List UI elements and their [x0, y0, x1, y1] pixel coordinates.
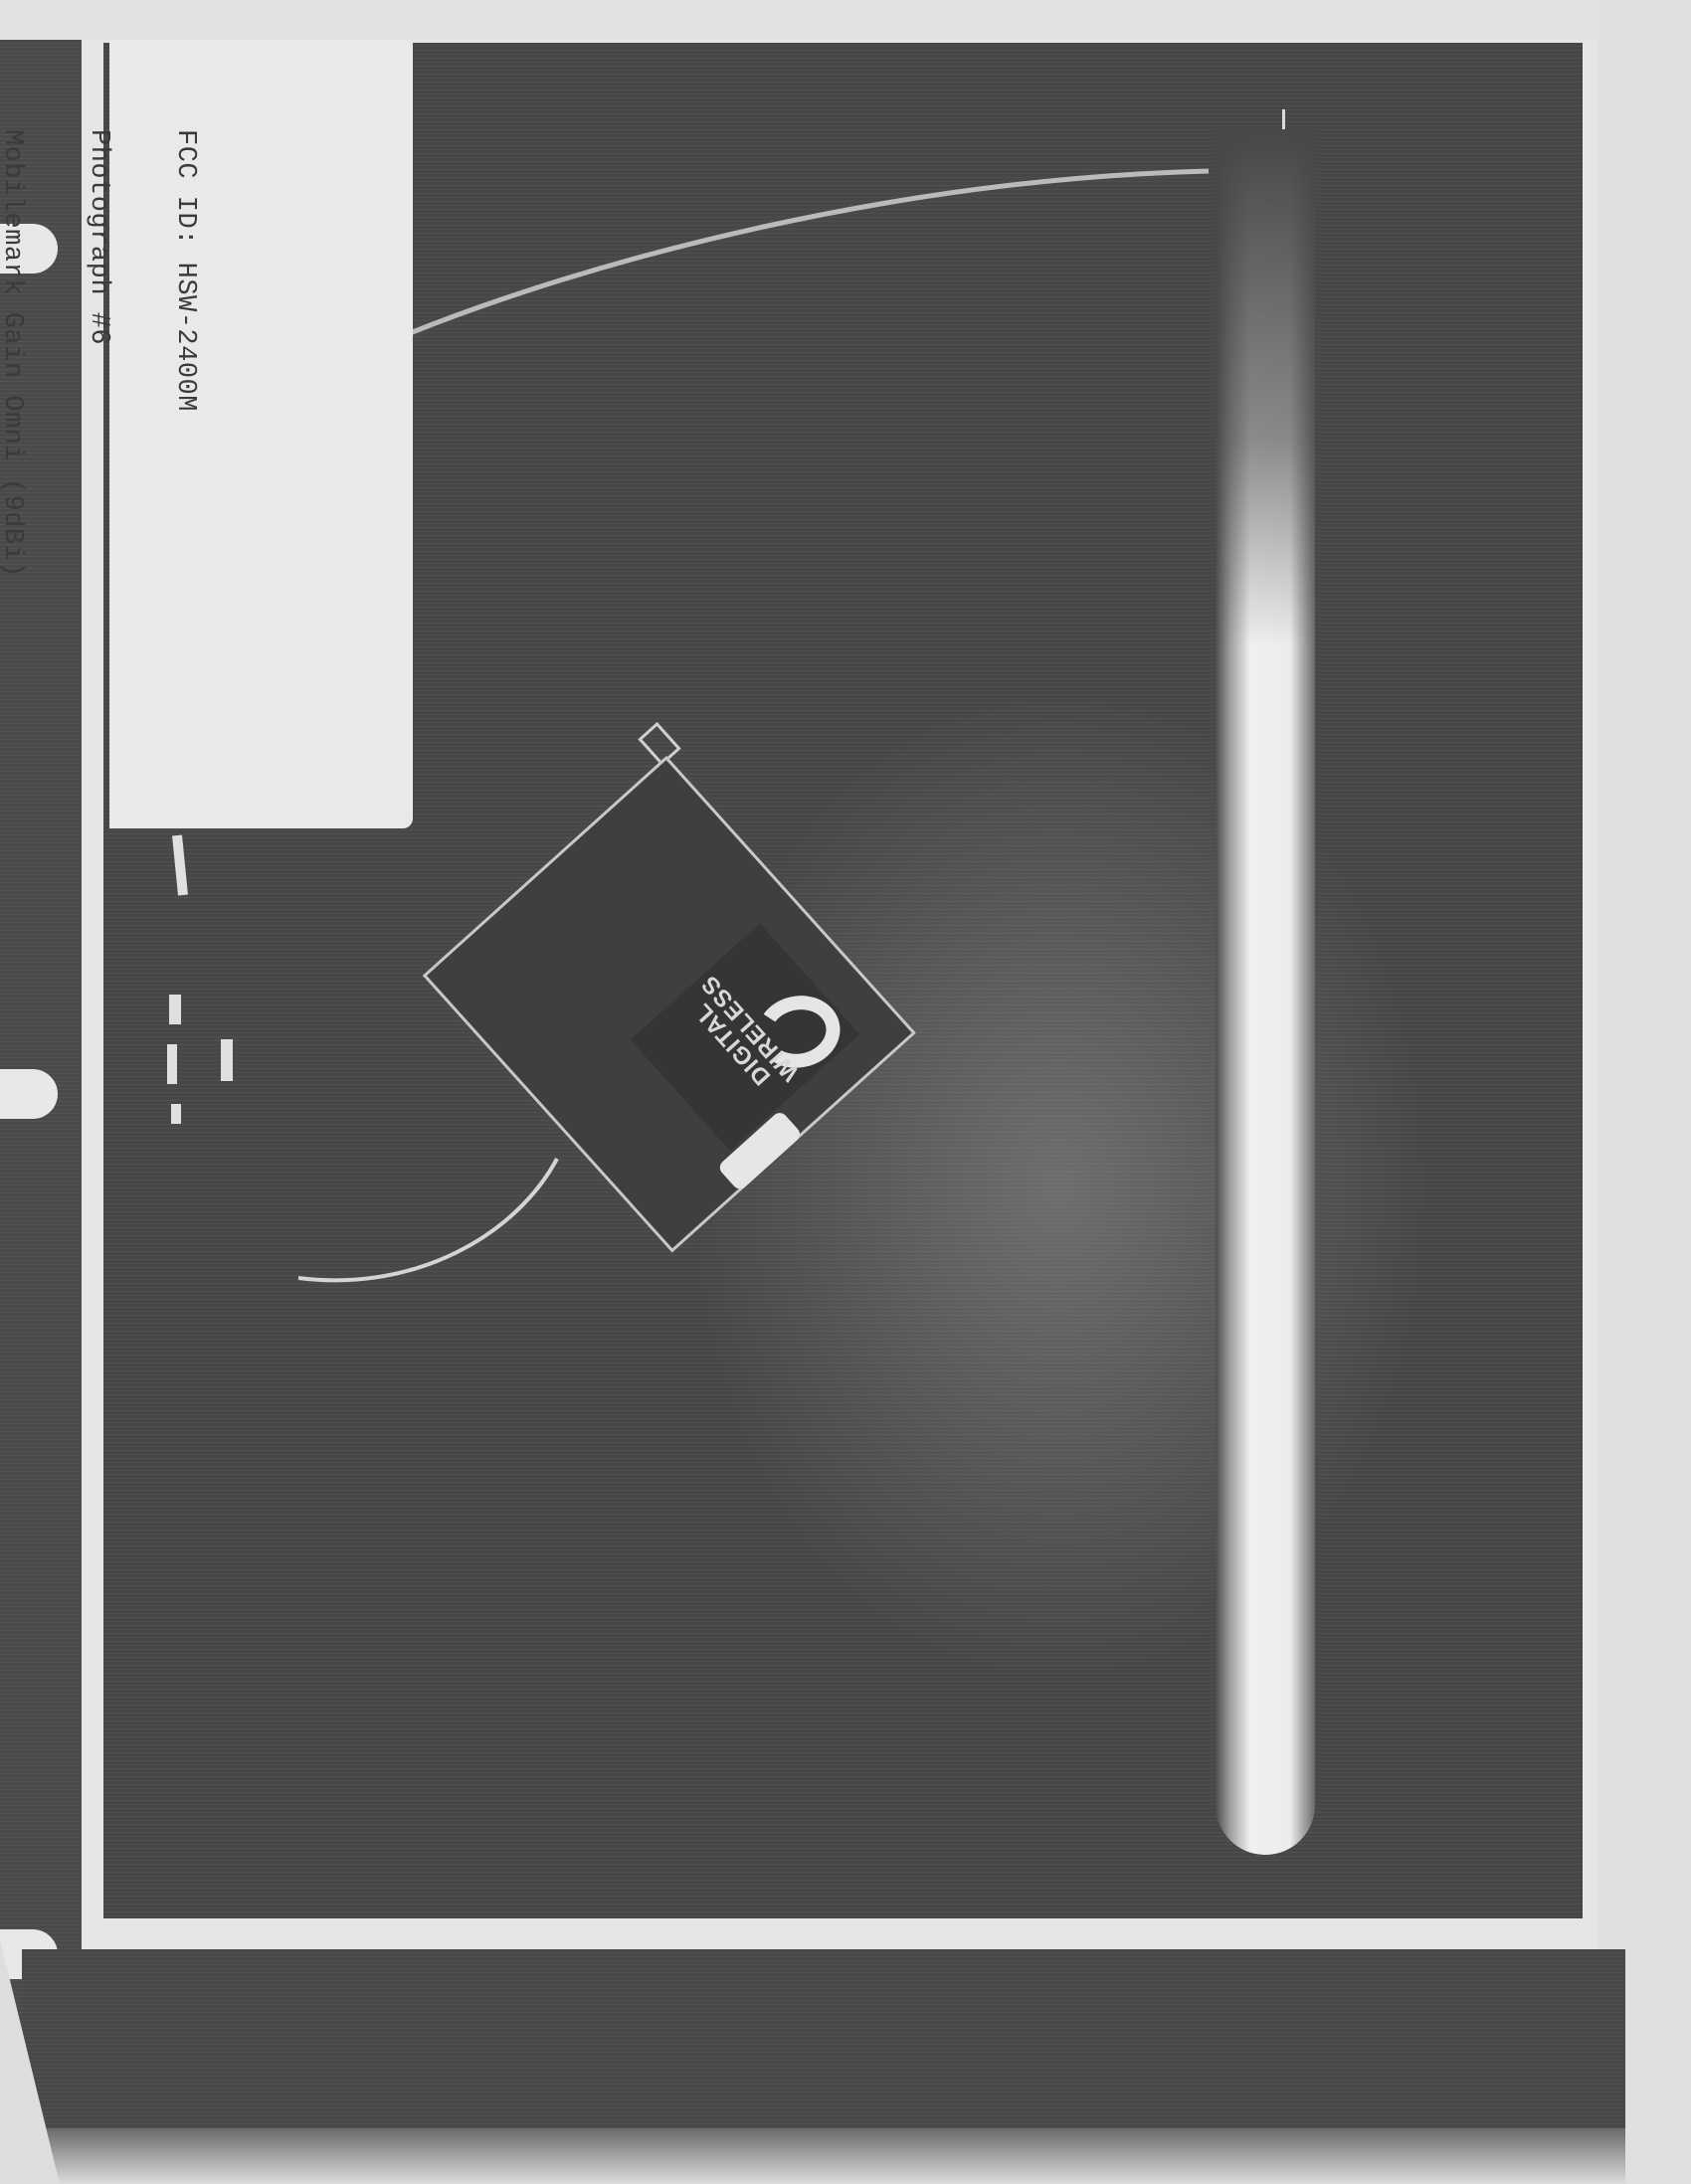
folded-corner	[0, 1939, 60, 2184]
antenna-description: Mobilemark Gain Omni (9dBi)	[0, 129, 26, 578]
photograph-number: Photograph #6	[84, 129, 112, 578]
scanned-page: DIGITAL WIRELESS FCC ID: HSW-2400M Photo…	[0, 0, 1691, 2184]
photo-bottom-band	[22, 1949, 1625, 2148]
scan-edge	[22, 2128, 1625, 2184]
caption-text: FCC ID: HSW-2400M Photograph #6 Mobilema…	[0, 129, 257, 578]
fcc-id: FCC ID: HSW-2400M	[170, 129, 199, 578]
antenna-shadow	[1216, 129, 1315, 646]
